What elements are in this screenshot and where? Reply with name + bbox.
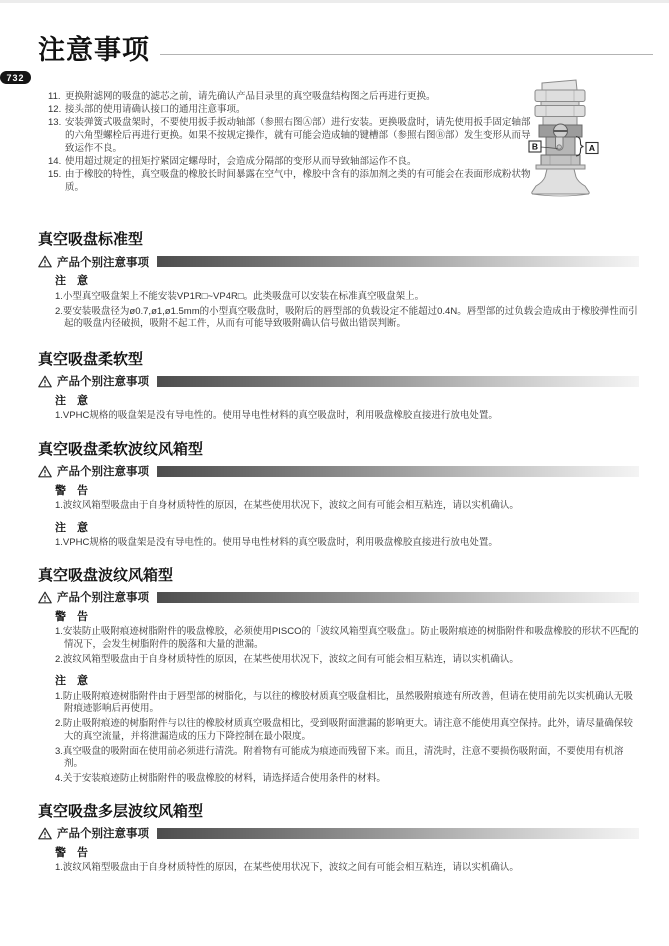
hex-nut-top [535,90,585,102]
note-item: 1.防止吸附痕迹树脂附件由于唇型部的树脂化，与以往的橡胶材质真空吸盘相比，虽然吸… [55,691,639,716]
note-item: 1.小型真空吸盘架上不能安装VP1R□~VP4R□。此类吸盘可以安装在标准真空吸… [55,291,639,304]
warning-block: 警 告 1.安装防止吸附痕迹树脂附件的吸盘橡胶，必须使用PISCO的「波纹风箱型… [55,611,639,667]
item-text: 安装弹簧式吸盘架时，不要使用扳手扳动轴部（参照右图Ⓐ部）进行安装。更换吸盘时，请… [65,116,535,155]
page-number-badge: 732 [0,71,31,84]
section-standard-type: 真空吸盘标准型 产品个别注意事项 注 意 1.小型真空吸盘架上不能安装VP1R□… [38,231,639,331]
individual-precautions-banner: 产品个别注意事项 [38,375,639,388]
list-item: 11.更换附滤网的吸盘的滤芯之前，请先确认产品目录里的真空吸盘结构图之后再进行更… [48,90,535,103]
list-item: 13.安装弹簧式吸盘架时，不要使用扳手扳动轴部（参照右图Ⓐ部）进行安装。更换吸盘… [48,116,535,155]
vacuum-pad-illustration: B A [524,74,604,200]
banner-label: 产品个别注意事项 [57,589,149,605]
warning-triangle-icon [38,465,52,478]
block-heading: 警 告 [55,847,639,860]
section-soft-bellows-type: 真空吸盘柔软波纹风箱型 产品个别注意事项 警 告 1.波纹风箱型吸盘由于自身材质… [38,441,639,550]
individual-precautions-banner: 产品个别注意事项 [38,591,639,604]
note-item: 2.要安装吸盘径为ø0.7,ø1,ø1.5mm的小型真空吸盘时，吸附后的唇型部的… [55,306,639,331]
label-b: B [532,142,538,152]
banner-gradient-bar [157,828,639,839]
warning-triangle-icon [38,827,52,840]
banner-label: 产品个别注意事项 [57,373,149,389]
page-title: 注意事项 [38,37,150,64]
note-item: 1.安装防止吸附痕迹树脂附件的吸盘橡胶，必须使用PISCO的「波纹风箱型真空吸盘… [55,626,639,651]
block-heading: 注 意 [55,395,639,408]
threaded-stud [542,80,577,90]
block-heading: 注 意 [55,675,639,688]
general-notes-list: 11.更换附滤网的吸盘的滤芯之前，请先确认产品目录里的真空吸盘结构图之后再进行更… [48,90,535,194]
section-title: 真空吸盘柔软波纹风箱型 [38,441,639,458]
catalog-page: 732 注意事项 11.更换附滤网的吸盘的滤芯之前，请先确认产品目录里的真空吸盘… [0,0,669,946]
block-heading: 注 意 [55,522,639,535]
warning-block: 警 告 1.波纹风箱型吸盘由于自身材质特性的原因，在某些使用状况下，波纹之间有可… [55,485,639,513]
brace-a [576,137,584,157]
section-title: 真空吸盘柔软型 [38,351,639,368]
flange-plate [536,165,585,169]
note-item: 2.防止吸附痕迹的树脂附件与以往的橡胶材质真空吸盘相比，受到吸附面泄漏的影响更大… [55,718,639,743]
section-multi-bellows-type: 真空吸盘多层波纹风箱型 产品个别注意事项 警 告 1.波纹风箱型吸盘由于自身材质… [38,803,639,875]
hex-nut-middle [535,106,585,117]
item-number: 14. [48,155,65,168]
item-number: 11. [48,90,65,103]
warning-triangle-icon [38,375,52,388]
caution-block: 注 意 1.VPHC规格的吸盘架是没有导电性的。使用导电性材料的真空吸盘时，利用… [55,522,639,550]
caution-block: 注 意 1.防止吸附痕迹树脂附件由于唇型部的树脂化，与以往的橡胶材质真空吸盘相比… [55,675,639,786]
label-a: A [589,143,595,153]
hex-nut-lower [541,155,580,165]
individual-precautions-banner: 产品个别注意事项 [38,255,639,268]
individual-precautions-banner: 产品个别注意事项 [38,465,639,478]
list-item: 12.接头部的使用请确认接口的通用注意事项。 [48,103,535,116]
caution-block: 注 意 1.小型真空吸盘架上不能安装VP1R□~VP4R□。此类吸盘可以安装在标… [55,275,639,331]
vacuum-pad-figure: B A [524,74,604,200]
item-number: 12. [48,103,65,116]
section-title: 真空吸盘多层波纹风箱型 [38,803,639,820]
spacer [541,102,579,106]
section-bellows-type: 真空吸盘波纹风箱型 产品个别注意事项 警 告 1.安装防止吸附痕迹树脂附件的吸盘… [38,567,639,786]
banner-gradient-bar [157,592,639,603]
banner-label: 产品个别注意事项 [57,463,149,479]
banner-gradient-bar [157,256,639,267]
banner-gradient-bar [157,376,639,387]
note-item: 4.关于安装痕迹防止树脂附件的吸盘橡胶的材料，请选择适合使用条件的材料。 [55,773,639,786]
suction-cup [532,169,590,194]
block-heading: 注 意 [55,275,639,288]
block-heading: 警 告 [55,485,639,498]
note-item: 2.波纹风箱型吸盘由于自身材质特性的原因，在某些使用状况下，波纹之间有可能会相互… [55,654,639,667]
page-header: 注意事项 [0,0,669,64]
item-number: 15. [48,168,65,194]
block-heading: 警 告 [55,611,639,624]
banner-gradient-bar [157,466,639,477]
note-item: 3.真空吸盘的吸附面在使用前必须进行清洗。附着物有可能成为痕迹而残留下来。而且，… [55,746,639,771]
scan-edge [0,0,669,3]
note-item: 1.VPHC规格的吸盘架是没有导电性的。使用导电性材料的真空吸盘时，利用吸盘橡胶… [55,410,639,423]
section-soft-type: 真空吸盘柔软型 产品个别注意事项 注 意 1.VPHC规格的吸盘架是没有导电性的… [38,351,639,423]
banner-label: 产品个别注意事项 [57,254,149,270]
note-item: 1.波纹风箱型吸盘由于自身材质特性的原因，在某些使用状况下，波纹之间有可能会相互… [55,500,639,513]
individual-precautions-banner: 产品个别注意事项 [38,827,639,840]
title-rule [160,54,653,55]
note-item: 1.波纹风箱型吸盘由于自身材质特性的原因，在某些使用状况下，波纹之间有可能会相互… [55,862,639,875]
list-item: 14.使用超过规定的扭矩拧紧固定螺母时，会造成分隔部的变形从而导致轴部运作不良。 [48,155,535,168]
warning-block: 警 告 1.波纹风箱型吸盘由于自身材质特性的原因，在某些使用状况下，波纹之间有可… [55,847,639,875]
section-title: 真空吸盘波纹风箱型 [38,567,639,584]
list-item: 15.由于橡胶的特性，真空吸盘的橡胶长时间暴露在空气中，橡胶中含有的添加剂之类的… [48,168,535,194]
item-number: 13. [48,116,65,155]
note-item: 1.VPHC规格的吸盘架是没有导电性的。使用导电性材料的真空吸盘时，利用吸盘橡胶… [55,537,639,550]
item-text: 更换附滤网的吸盘的滤芯之前，请先确认产品目录里的真空吸盘结构图之后再进行更换。 [65,90,535,103]
section-title: 真空吸盘标准型 [38,231,639,248]
item-text: 使用超过规定的扭矩拧紧固定螺母时，会造成分隔部的变形从而导致轴部运作不良。 [65,155,535,168]
item-text: 接头部的使用请确认接口的通用注意事项。 [65,103,535,116]
warning-triangle-icon [38,591,52,604]
warning-triangle-icon [38,255,52,268]
banner-label: 产品个别注意事项 [57,825,149,841]
item-text: 由于橡胶的特性，真空吸盘的橡胶长时间暴露在空气中，橡胶中含有的添加剂之类的有可能… [65,168,535,194]
caution-block: 注 意 1.VPHC规格的吸盘架是没有导电性的。使用导电性材料的真空吸盘时，利用… [55,395,639,423]
